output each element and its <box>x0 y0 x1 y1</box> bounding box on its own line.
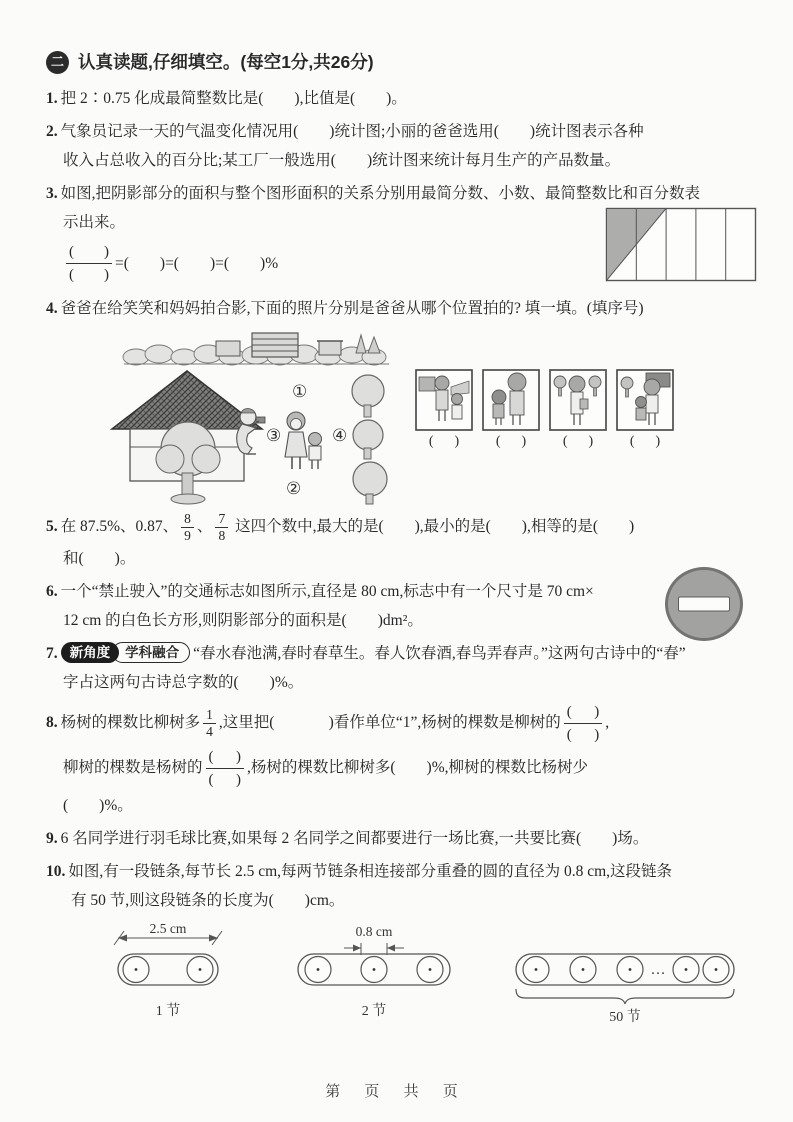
question-text: 爸爸在给笑笑和妈妈拍合影,下面的照片分别是爸爸从哪个位置拍的? 填一填。(填序号… <box>61 300 644 317</box>
q10-chain-diagram: 2.5 cm 1 节 <box>98 923 748 1027</box>
photo-2-image <box>482 369 540 431</box>
position-label-2: ② <box>286 479 301 498</box>
q3-shaded-rectangle-figure <box>605 207 757 283</box>
dad-photographer <box>237 409 265 454</box>
question-number: 3. <box>46 185 58 202</box>
photo-answer-blank: ( ) <box>630 431 660 453</box>
fraction-numerator: ( ) <box>564 701 603 724</box>
fraction-denominator: ( ) <box>66 264 112 286</box>
hedge-skyline <box>123 333 389 365</box>
photo-4: ( ) <box>616 369 674 453</box>
question-text: 如图,把阴影部分的面积与整个图形面积的关系分别用最简分数、小数、最简整数比和百分… <box>61 185 700 202</box>
question-text: 6 名同学进行羽毛球比赛,如果每 2 名同学之间都要进行一场比赛,一共要比赛( … <box>61 830 649 847</box>
question-text: 把 2∶0.75 化成最简整数比是( ),比值是( )。 <box>61 90 407 107</box>
fraction-denominator: 4 <box>203 724 216 740</box>
question-number: 10. <box>46 863 65 880</box>
question-8: 8.杨树的棵数比柳树多14,这里把( )看作单位“1”,杨树的棵数是柳树的( )… <box>46 701 761 820</box>
question-text: 12 cm 的白色长方形,则阴影部分的面积是( )dm²。 <box>63 612 423 629</box>
fraction-denominator: 8 <box>215 528 228 544</box>
photo-answer-blank: ( ) <box>496 431 526 453</box>
q4-photo-strip: ( ) <box>415 369 674 453</box>
question-4: 4.爸爸在给笑笑和妈妈拍合影,下面的照片分别是爸爸从哪个位置拍的? 填一填。(填… <box>46 294 761 507</box>
position-label-3: ③ <box>266 426 281 445</box>
question-7: 7.新角度学科融合“春水春池满,春时春草生。春人饮春酒,春鸟弄春声。”这两句古诗… <box>46 639 761 697</box>
conifer-tree <box>356 335 366 353</box>
question-text: 杨树的棵数比柳树多 <box>61 714 201 731</box>
fraction-numerator: ( ) <box>206 746 245 769</box>
question-text: 示出来。 <box>63 214 125 231</box>
fraction-numerator: 8 <box>181 511 194 528</box>
chain-2-links: 0.8 cm 2 节 <box>298 924 450 1019</box>
section-number-icon: 二 <box>46 51 69 74</box>
small-building <box>216 341 240 356</box>
question-text: 一个“禁止驶入”的交通标志如图所示,直径是 80 cm,标志中有一个尺寸是 70… <box>61 583 594 600</box>
question-9: 9.6 名同学进行羽毛球比赛,如果每 2 名同学之间都要进行一场比赛,一共要比赛… <box>46 824 761 853</box>
fraction-denominator: 9 <box>181 528 194 544</box>
question-text: 在 87.5%、0.87、 <box>61 518 179 535</box>
dim-label-0-8cm: 0.8 cm <box>356 924 393 939</box>
front-tree <box>156 422 220 504</box>
section-title: 认真读题,仔细填空。(每空1分,共26分) <box>78 50 374 74</box>
question-2: 2.气象员记录一天的气温变化情况用( )统计图;小丽的爸爸选用( )统计图表示各… <box>46 117 761 175</box>
question-number: 6. <box>46 583 58 600</box>
question-3: 3.如图,把阴影部分的面积与整个图形面积的关系分别用最简分数、小数、最简整数比和… <box>46 179 761 286</box>
position-label-4: ④ <box>332 426 347 445</box>
fraction-denominator: ( ) <box>206 769 245 791</box>
photo-4-image <box>616 369 674 431</box>
chain-1-label: 1 节 <box>156 1002 181 1019</box>
question-text: 和( )。 <box>63 550 135 567</box>
photo-1: ( ) <box>415 369 473 453</box>
chain-50-links: … 50 节 <box>516 954 734 1025</box>
position-label-1: ① <box>292 382 307 401</box>
question-1: 1.把 2∶0.75 化成最简整数比是( ),比值是( )。 <box>46 84 761 113</box>
photo-2: ( ) <box>482 369 540 453</box>
large-building <box>252 333 298 357</box>
fraction-7-8: 78 <box>215 511 228 544</box>
question-number: 7. <box>46 645 58 662</box>
chain-2-label: 2 节 <box>362 1002 387 1019</box>
q4-scene-illustration: ① ② ③ ④ <box>104 329 399 507</box>
question-number: 9. <box>46 830 58 847</box>
question-number: 8. <box>46 714 58 731</box>
question-text: 字占这两句古诗总字数的( )%。 <box>63 674 303 691</box>
question-text: 有 50 节,则这段链条的长度为( )cm。 <box>71 892 344 909</box>
question-text: 气象员记录一天的气温变化情况用( )统计图;小丽的爸爸选用( )统计图表示各种 <box>61 123 644 140</box>
question-10: 10.如图,有一段链条,每节长 2.5 cm,每两节链条相连接部分重叠的圆的直径… <box>46 857 761 1037</box>
blank-fraction: ( )( ) <box>564 701 603 746</box>
no-entry-bar <box>678 597 730 612</box>
chain-50-label: 50 节 <box>609 1008 641 1025</box>
new-angle-badge: 新角度 <box>61 642 120 663</box>
photo-answer-blank: ( ) <box>429 431 459 453</box>
question-text: ( )%。 <box>63 797 133 814</box>
question-6: 6.一个“禁止驶入”的交通标志如图所示,直径是 80 cm,标志中有一个尺寸是 … <box>46 577 761 635</box>
question-text: “春水春池满,春时春草生。春人饮春酒,春鸟弄春声。”这两句古诗中的“春” <box>193 645 686 662</box>
no-entry-sign <box>665 567 743 641</box>
question-text: 收入占总收入的百分比;某工厂一般选用( )统计图来统计每月生产的产品数量。 <box>63 152 620 169</box>
question-number: 2. <box>46 123 58 140</box>
question-number: 4. <box>46 300 58 317</box>
blank-fraction: ( )( ) <box>206 746 245 791</box>
equation-rest: =( )=( )=( )% <box>115 249 278 278</box>
subject-fusion-badge: 学科融合 <box>112 642 190 663</box>
photo-1-image <box>415 369 473 431</box>
blank-fraction: ( ) ( ) <box>66 241 112 286</box>
question-text: 、 <box>197 518 213 535</box>
mom-and-kid <box>285 412 322 469</box>
fraction-numerator: ( ) <box>66 241 112 264</box>
question-text: 这四个数中,最大的是( ),最小的是( ),相等的是( ) <box>231 518 634 535</box>
page-footer: 第 页 共 页 <box>0 1077 793 1106</box>
small-building-2 <box>317 341 343 355</box>
question-number: 5. <box>46 518 58 535</box>
fraction-denominator: ( ) <box>564 724 603 746</box>
conifer-tree <box>368 337 380 353</box>
fraction-1-4: 14 <box>203 707 216 740</box>
question-text: ,这里把( )看作单位“1”,杨树的棵数是柳树的 <box>219 714 561 731</box>
section-header: 二 认真读题,仔细填空。(每空1分,共26分) <box>46 50 761 74</box>
photo-3: ( ) <box>549 369 607 453</box>
question-text: ,杨树的棵数比柳树多( )%,柳树的棵数比杨树少 <box>247 759 588 776</box>
photo-answer-blank: ( ) <box>563 431 593 453</box>
right-trees <box>352 375 387 504</box>
brace <box>516 989 734 1004</box>
fraction-8-9: 89 <box>181 511 194 544</box>
ellipsis: … <box>651 962 666 978</box>
fraction-numerator: 1 <box>203 707 216 724</box>
question-text: , <box>605 714 609 731</box>
dim-label-2-5cm: 2.5 cm <box>150 923 187 936</box>
question-text: 柳树的棵数是杨树的 <box>63 759 203 776</box>
question-number: 1. <box>46 90 58 107</box>
fraction-numerator: 7 <box>215 511 228 528</box>
question-text: 如图,有一段链条,每节长 2.5 cm,每两节链条相连接部分重叠的圆的直径为 0… <box>68 863 672 880</box>
worksheet-page: 二 认真读题,仔细填空。(每空1分,共26分) 1.把 2∶0.75 化成最简整… <box>0 0 793 1122</box>
question-5: 5.在 87.5%、0.87、89、78 这四个数中,最大的是( ),最小的是(… <box>46 511 761 573</box>
chain-1-link: 2.5 cm 1 节 <box>114 923 222 1019</box>
photo-3-image <box>549 369 607 431</box>
